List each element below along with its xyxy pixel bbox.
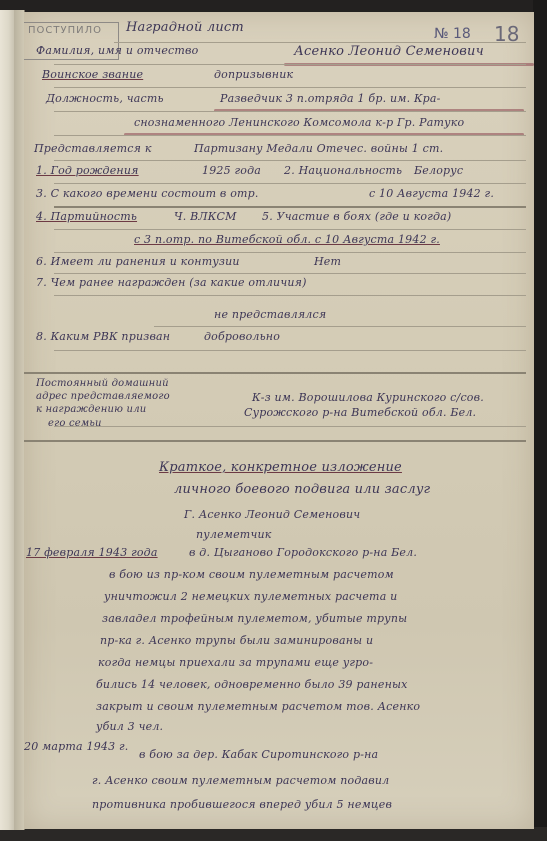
entry1-line: в д. Цыганово Городокского р-на Бел. — [189, 546, 417, 559]
rule — [54, 426, 526, 427]
wounds-label: 6. Имеет ли ранения и контузии — [36, 255, 240, 268]
binding-strip — [0, 10, 15, 830]
rule — [54, 273, 526, 274]
service-start-label: 3. С какого времени состоит в отр. — [36, 187, 259, 200]
rule — [54, 135, 526, 136]
entry1-line: закрыт и своим пулеметным расчетом тов. … — [96, 700, 420, 713]
conscription-value: добровольно — [204, 330, 280, 343]
rule — [54, 229, 526, 230]
birth-year-label: 1. Год рождения — [36, 164, 139, 177]
entry1-date: 17 февраля 1943 года — [26, 546, 158, 559]
rule — [54, 183, 526, 184]
subject-name: Г. Асенко Леонид Семенович — [184, 508, 360, 521]
unit-label: Должность, часть — [46, 92, 164, 105]
address-label-line2: адрес представляемого — [36, 391, 170, 402]
rule — [154, 326, 526, 327]
entry1-line: бились 14 человек, одновременно было 39 … — [96, 678, 408, 691]
unit-value-line2: снознаменного Ленинского Комсомола к-р Г… — [134, 116, 464, 129]
rule — [54, 111, 526, 112]
nationality-value: Белорус — [414, 164, 463, 177]
conscription-label: 8. Каким РВК призван — [36, 330, 170, 343]
sheet-number-stamp: № 18 — [434, 26, 471, 42]
address-value-line2: Сурожского р-на Витебской обл. Бел. — [244, 406, 476, 419]
address-value-line1: К-з им. Ворошилова Куринского с/сов. — [252, 391, 484, 404]
entry2-date: 20 марта 1943 г. — [24, 740, 128, 753]
previous-awards-label: 7. Чем ранее награжден (за какие отличия… — [36, 276, 307, 289]
document-title: Наградной лист — [126, 20, 244, 35]
entry2-line: г. Асенко своим пулеметным расчетом пода… — [92, 774, 389, 787]
battles-value: с 3 п.отр. по Витебской обл. с 10 Август… — [134, 233, 440, 246]
award-sheet-page: ПОСТУПИЛО Наградной лист № 18 18 Фамилия… — [24, 12, 534, 829]
entry1-line: пр-ка г. Асенко трупы были заминированы … — [100, 634, 373, 647]
rule — [54, 160, 526, 161]
entry2-line: противника пробившегося вперед убил 5 не… — [92, 798, 392, 811]
entry1-line: уничтожил 2 немецких пулеметных расчета … — [104, 590, 397, 603]
rule — [54, 64, 526, 65]
rule — [24, 372, 526, 374]
entry1-line: завладел трофейным пулеметом, убитые тру… — [102, 612, 407, 625]
address-label-line3: к награждению или — [36, 404, 146, 415]
entry1-line: убил 3 чел. — [96, 720, 163, 733]
entry1-line: когда немцы приехали за трупами еще угро… — [98, 656, 373, 669]
rule — [54, 350, 526, 351]
narrative-heading-line2: личного боевого подвига или заслуг — [174, 482, 430, 497]
rule — [54, 252, 526, 253]
scan-frame-bottom — [0, 827, 547, 841]
narrative-heading-line1: Краткое, конкретное изложение — [159, 460, 402, 475]
received-stamp-text: ПОСТУПИЛО — [28, 25, 102, 36]
rule — [24, 440, 526, 442]
full-name-label: Фамилия, имя и отчество — [36, 44, 198, 57]
rule — [114, 42, 526, 43]
rule — [54, 87, 526, 88]
unit-value-line1: Разведчик 3 п.отряда 1 бр. им. Кра- — [220, 92, 441, 105]
nominated-value: Партизану Медали Отечес. войны 1 ст. — [194, 142, 443, 155]
party-label: 4. Партийность — [36, 210, 137, 223]
address-label-line4: его семьи — [48, 418, 102, 429]
full-name-value: Асенко Леонид Семенович — [294, 44, 484, 59]
rule — [54, 295, 526, 296]
nominated-label: Представляется к — [34, 142, 152, 155]
party-value: Ч. ВЛКСМ — [174, 210, 237, 223]
previous-awards-value: не представлялся — [214, 308, 326, 321]
rule — [54, 206, 526, 208]
birth-year-value: 1925 года — [202, 164, 261, 177]
battles-label: 5. Участие в боях (где и когда) — [262, 210, 451, 223]
address-label-line1: Постоянный домашний — [36, 378, 169, 389]
nationality-label: 2. Национальность — [284, 164, 402, 177]
rank-label: Воинское звание — [42, 68, 143, 81]
scan-frame-top — [0, 0, 547, 12]
rank-value: допризывник — [214, 68, 293, 81]
wounds-value: Нет — [314, 255, 341, 268]
entry1-line: в бою из пр-ком своим пулеметным расчето… — [109, 568, 394, 581]
service-start-value: с 10 Августа 1942 г. — [369, 187, 494, 200]
scan-frame-right — [533, 0, 547, 841]
subject-role: пулеметчик — [196, 528, 272, 541]
entry2-line: в бою за дер. Кабак Сиротинского р-на — [139, 748, 378, 761]
